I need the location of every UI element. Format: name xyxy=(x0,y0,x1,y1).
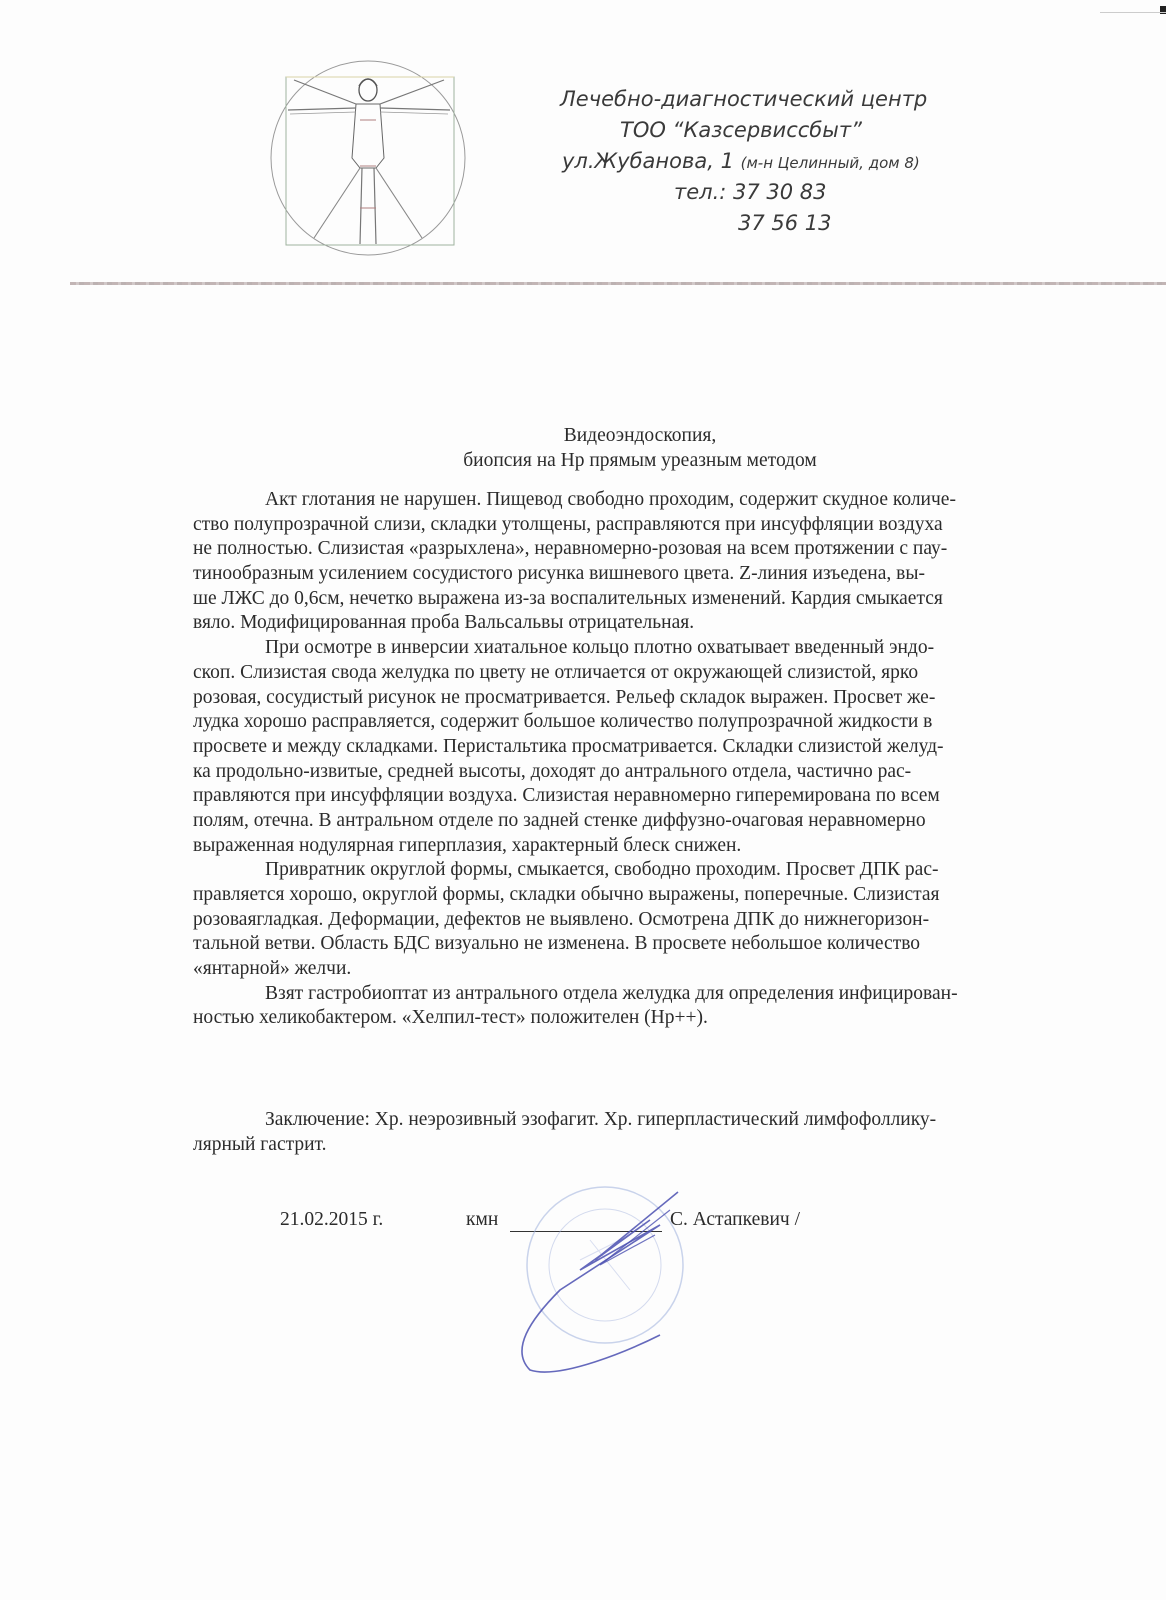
findings-line: тинообразным усилением сосудистого рисун… xyxy=(193,562,1073,587)
findings-line: розоваягладкая. Деформации, дефектов не … xyxy=(193,908,1073,933)
org-phone-2: 37 56 13 xyxy=(738,208,832,239)
doctor-degree: кмн xyxy=(466,1209,498,1231)
findings-line: просвете и между складками. Перистальтик… xyxy=(193,735,1073,760)
report-conclusion: Заключение: Хр. неэрозивный эзофагит. Хр… xyxy=(193,1108,1073,1157)
report-subtitle: биопсия на Нр прямым уреазным методом xyxy=(0,450,1166,472)
findings-line: скоп. Слизистая свода желудка по цвету н… xyxy=(193,661,1073,686)
address-street: ул.Жубанова, 1 xyxy=(562,149,741,173)
findings-line: Акт глотания не нарушен. Пищевод свободн… xyxy=(193,488,1073,513)
findings-line: «янтарной» желчи. xyxy=(193,957,1073,982)
findings-line: При осмотре в инверсии хиатальное кольцо… xyxy=(193,636,1073,661)
org-name: Лечебно-диагностический центр xyxy=(560,84,927,115)
conclusion-line: лярный гастрит. xyxy=(193,1133,1073,1158)
findings-line: тальной ветви. Область БДС визуально не … xyxy=(193,932,1073,957)
findings-line: ше ЛЖС до 0,6см, нечетко выражена из-за … xyxy=(193,587,1073,612)
header-divider xyxy=(70,282,1166,285)
findings-line: выраженная нодулярная гиперплазия, харак… xyxy=(193,834,1073,859)
report-findings: Акт глотания не нарушен. Пищевод свободн… xyxy=(193,488,1073,1031)
stamp-and-signature-icon xyxy=(500,1180,700,1380)
org-phone-1: тел.: 37 30 83 xyxy=(674,177,827,208)
findings-line: ство полупрозрачной слизи, складки утолщ… xyxy=(193,513,1073,538)
report-date: 21.02.2015 г. xyxy=(280,1209,383,1231)
report-title: Видеоэндоскопия, xyxy=(0,425,1166,447)
org-address: ул.Жубанова, 1 (м-н Целинный, дом 8) xyxy=(562,146,920,179)
findings-line: полям, отечна. В антральном отделе по за… xyxy=(193,809,1073,834)
findings-line: не полностью. Слизистая «разрыхлена», не… xyxy=(193,537,1073,562)
vitruvian-man-logo-icon xyxy=(268,58,468,258)
org-company: ТОО “Казсервиссбыт” xyxy=(620,115,862,146)
scan-edge xyxy=(1100,12,1166,13)
findings-line: Взят гастробиоптат из антрального отдела… xyxy=(193,982,1073,1007)
findings-line: лудка хорошо расправляется, содержит бол… xyxy=(193,710,1073,735)
findings-line: вяло. Модифицированная проба Вальсальвы … xyxy=(193,611,1073,636)
findings-line: ностью хеликобактером. «Хелпил-тест» пол… xyxy=(193,1006,1073,1031)
findings-line: розовая, сосудистый рисунок не просматри… xyxy=(193,686,1073,711)
findings-line: Привратник округлой формы, смыкается, св… xyxy=(193,858,1073,883)
findings-line: правляются при инсуффляции воздуха. Слиз… xyxy=(193,784,1073,809)
address-note: (м-н Целинный, дом 8) xyxy=(741,154,920,172)
findings-line: правляется хорошо, округлой формы, склад… xyxy=(193,883,1073,908)
findings-line: ка продольно-извитые, средней высоты, до… xyxy=(193,760,1073,785)
conclusion-line: Заключение: Хр. неэрозивный эзофагит. Хр… xyxy=(193,1108,1073,1133)
document-page: Лечебно-диагностический центр ТОО “Казсе… xyxy=(0,0,1166,1600)
